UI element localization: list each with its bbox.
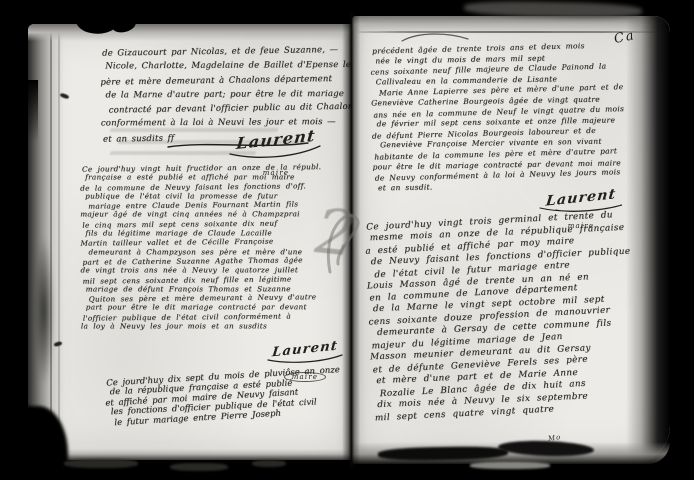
entry-marriage-publication-3: Ce jourd'huy dix sept du mois de pluviôs… [106,366,342,429]
entry-marriage-publication-2: Ce jourd'huy vingt huit fructidor an onz… [82,163,322,332]
edge-smudge [34,236,54,386]
under-page-sliver [470,462,550,469]
under-edge-smudge [170,463,228,471]
left-page-top-edge [28,24,354,41]
page-edge-notch [24,80,38,142]
gutter-numeral: 2 [312,194,359,271]
left-page: de Gizaucourt par Nicolas, et de feue Su… [28,24,354,460]
entry-marriage-publication-4: précédent âgée de trente trois ans et de… [372,41,626,195]
handwriting-line: la loy à Neuvy les jour mois et an susdi… [81,321,322,331]
register-scan: de Gizaucourt par Nicolas, et de feue Su… [0,0,694,480]
left-page-bottom-edge [28,449,354,460]
entry-marriage-publication-5: Ce jourd'huy vingt trois germinal et tre… [366,210,638,424]
under-edge-smudge [64,459,138,468]
under-edge-smudge [252,460,286,467]
right-page: Ca précédent âgée de trente trois ans et… [352,16,670,464]
